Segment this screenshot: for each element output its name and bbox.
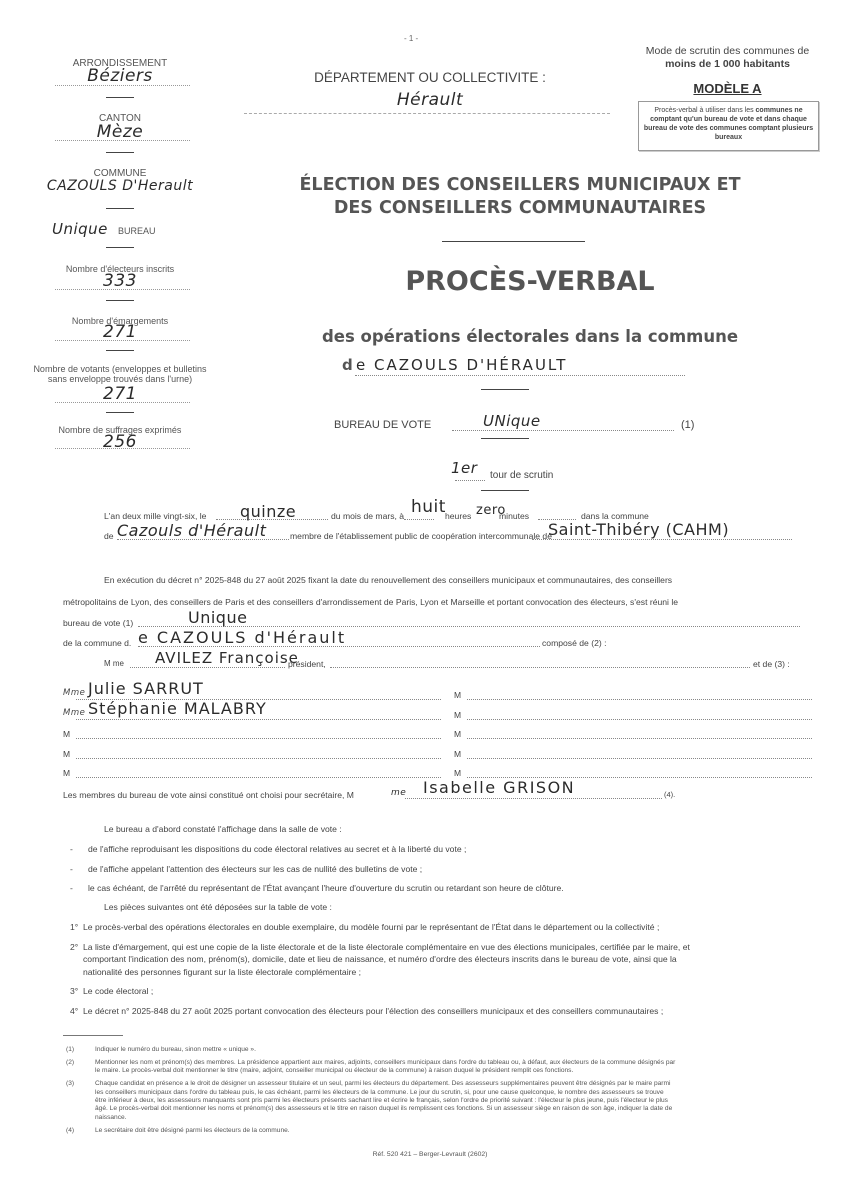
piece-number: 1° [70,922,78,932]
proces-verbal-title: PROCÈS-VERBAL [260,266,800,297]
piece-item: Le décret n° 2025-848 du 27 août 2025 po… [83,1006,663,1016]
arrondissement-value[interactable]: Béziers [50,66,190,86]
footnote-text: le maire. Le procès-verbal doit mentionn… [95,1067,573,1075]
piece-item: nationalité des personnes figurant sur l… [83,967,361,977]
commune-title-value[interactable]: e CAZOULS D'HÉRAULT [356,356,567,374]
assesseur-prefix: Mme [63,688,85,698]
footnote-number: (4) [66,1127,74,1135]
day-value[interactable]: quinze [240,502,296,521]
piece-item: Le code électoral ; [83,986,153,996]
piece-number: 3° [70,986,78,996]
footnote-number: (3) [66,1080,74,1088]
affichage-item: de l'affiche appelant l'attention des él… [88,864,422,874]
epci-value[interactable]: Saint-Thibéry (CAHM) [548,520,729,539]
election-title: ÉLECTION DES CONSEILLERS MUNICIPAUX ET D… [240,174,800,220]
president-value[interactable]: AVILEZ Françoise [155,649,299,667]
secretaire-value[interactable]: Isabelle GRISON [423,778,575,797]
votants-value[interactable]: 271 [50,384,190,404]
piece-item: Le procès-verbal des opérations électora… [83,922,659,932]
footnote-text: Mentionner les nom et prénom(s) des memb… [95,1059,675,1067]
assesseur-prefix: M [454,710,461,720]
assesseur-name[interactable]: Stéphanie MALABRY [88,699,267,718]
subtitle: des opérations électorales dans la commu… [260,327,800,346]
departement-label: DÉPARTEMENT OU COLLECTIVITE : [240,70,620,85]
assesseur-prefix: M [63,749,70,759]
piece-item: La liste d'émargement, qui est une copie… [83,942,690,952]
emargements-value[interactable]: 271 [50,322,190,342]
bullet: - [70,883,73,893]
canton-value[interactable]: Mèze [50,122,190,142]
opening-commune-value[interactable]: Cazouls d'Hérault [117,521,266,540]
piece-item: comportant l'indication des nom, prénom(… [83,954,677,964]
affichage-item: le cas échéant, de l'arrêté du représent… [88,883,564,893]
commune-value[interactable]: CAZOULS D'Herault [30,178,210,194]
mode-scrutin-line2: moins de 1 000 habitants [620,58,835,71]
assesseur-name[interactable]: Julie SARRUT [88,679,204,698]
inscrits-value[interactable]: 333 [50,271,190,291]
execution-bureau-value[interactable]: Unique [188,608,247,627]
execution-commune-value[interactable]: e CAZOULS d'Hérault [138,628,346,647]
affichage-intro: Le bureau a d'abord constaté l'affichage… [104,824,342,834]
footnote-text: Chaque candidat en présence a le droit d… [95,1080,670,1088]
pieces-intro: Les pièces suivantes ont été déposées su… [104,902,332,912]
exprimes-value[interactable]: 256 [50,432,190,452]
assesseur-prefix: M [454,749,461,759]
secretaire-prefix: me [391,788,406,798]
tour-value[interactable]: 1er [451,459,477,477]
footnote-text: Le secrétaire doit être désigné parmi le… [95,1127,290,1135]
bureau-de-vote-value[interactable]: UNique [483,412,541,430]
bureau-label: BUREAU [118,226,156,236]
reference: Réf. 520 421 – Berger-Levrault (2602) [300,1151,560,1158]
footnote-number: (2) [66,1059,74,1067]
modele-label: MODÈLE A [620,81,835,96]
footnote-number: (1) [66,1046,74,1054]
footnote-text: être inférieur à deux, les assesseurs ma… [95,1097,668,1105]
piece-number: 2° [70,942,78,952]
footnote-text: âgé. Le procès-verbal doit mentionner le… [95,1105,672,1113]
votants-label-1: Nombre de votants (enveloppes et bulleti… [20,364,220,374]
assesseur-prefix: Mme [63,708,85,718]
page-number: - 1 - [404,34,418,43]
commune-prefix: d [342,356,353,374]
footnote-text: les conseillers municipaux dans l'ordre … [95,1089,664,1097]
departement-value[interactable]: Hérault [240,90,620,110]
piece-number: 4° [70,1006,78,1016]
affichage-item: de l'affiche reproduisant les dispositio… [88,844,466,854]
tour-label: tour de scrutin [490,470,553,481]
assesseur-prefix: M [454,729,461,739]
mode-scrutin-line1: Mode de scrutin des communes de [620,45,835,58]
assesseur-prefix: M [454,768,461,778]
bullet: - [70,844,73,854]
modele-description-box: Procès-verbal à utiliser dans les commun… [638,101,819,151]
hour-value[interactable]: huit [411,497,446,517]
assesseur-prefix: M [63,768,70,778]
bullet: - [70,864,73,874]
footnote-text: Indiquer le numéro du bureau, sinon mett… [95,1046,256,1054]
votants-label-2: sans enveloppe trouvés dans l'urne) [20,374,220,384]
assesseur-prefix: M [63,729,70,739]
assesseur-prefix: M [454,690,461,700]
secretaire-label: Les membres du bureau de vote ainsi cons… [63,790,354,800]
footnote-text: naissance. [95,1114,127,1122]
bureau-de-vote-label: BUREAU DE VOTE [334,419,431,431]
bureau-value[interactable]: Unique [52,220,108,238]
bureau-note: (1) [681,419,694,431]
